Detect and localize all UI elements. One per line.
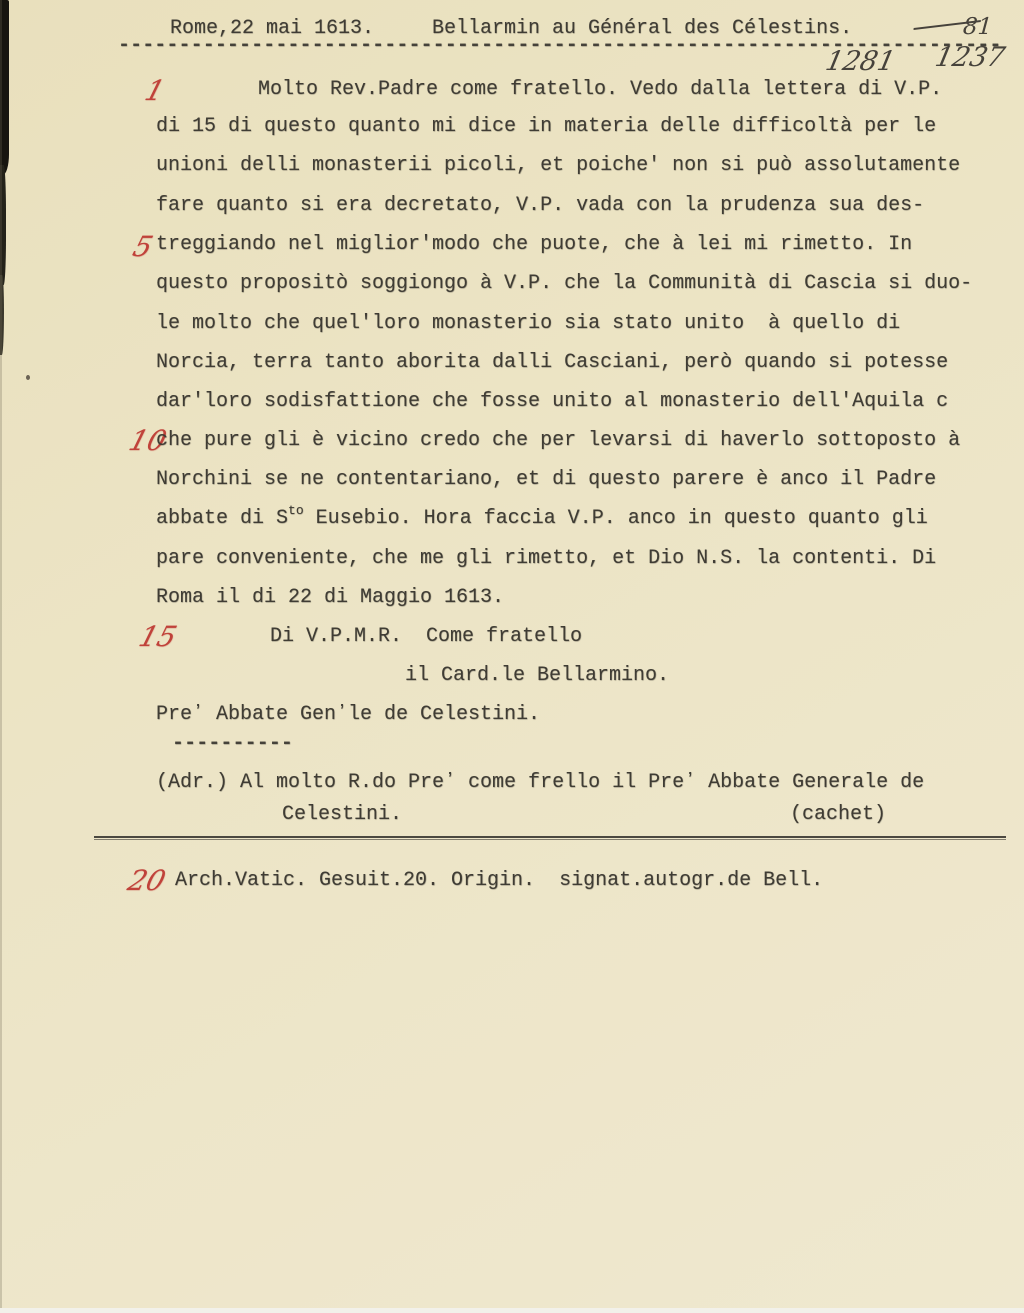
body-line-11: Norchini se ne contentariano, et di ques… [156, 467, 936, 493]
body-line-5: treggiando nel miglior'modo che puote, c… [156, 232, 912, 258]
address-line-1: (Adr.) Al molto R.do Preʼ come frello il… [156, 770, 924, 796]
scanned-letter-page: Rome,22 mai 1613. Bellarmin au Général d… [0, 0, 1024, 1313]
superscript-to: to [288, 503, 304, 518]
body-line-8: Norcia, terra tanto aborita dalli Cascia… [156, 350, 948, 376]
margin-line-number-15: 15 [135, 620, 180, 653]
margin-line-number-20: 20 [124, 864, 169, 897]
body-line-12-post: Eusebio. Hora faccia V.P. anco in questo… [304, 507, 928, 530]
body-line-9: dar'loro sodisfattione che fosse unito a… [156, 389, 948, 415]
body-line-6: questo propositò soggiongo à V.P. che la… [156, 271, 972, 297]
address-line-2: Celestini. [282, 802, 402, 828]
body-line-1: Molto Rev.Padre come fratello. Vedo dall… [258, 77, 942, 103]
body-line-7: le molto che quel'loro monasterio sia st… [156, 311, 900, 337]
short-divider-dashes: ---------- [172, 731, 293, 757]
margin-line-number-5: 5 [129, 230, 156, 263]
body-line-14: Roma il di 22 di Maggio 1613. [156, 585, 504, 611]
handwritten-folio-number: 1281 [823, 46, 898, 77]
horizontal-rule [94, 836, 1006, 840]
scanner-bottom-strip [0, 1308, 1024, 1313]
page-left-edge [0, 0, 2, 1313]
body-line-10: che pure gli è vicino credo che per leva… [156, 428, 960, 454]
body-line-3: unioni delli monasterii picoli, et poich… [156, 153, 960, 179]
margin-line-number-1: 1 [141, 74, 168, 107]
body-line-12: abbate di Sto Eusebio. Hora faccia V.P. … [156, 506, 928, 533]
archive-reference: Arch.Vatic. Gesuit.20. Origin. signat.au… [175, 868, 823, 894]
body-line-16-signature: il Card.le Bellarmino. [405, 663, 669, 689]
body-line-15-valediction: Di V.P.M.R. Come fratello [270, 624, 582, 650]
body-line-4: fare quanto si era decretato, V.P. vada … [156, 193, 924, 219]
paper-speck [26, 375, 30, 380]
body-line-12-pre: abbate di S [156, 507, 288, 530]
body-line-17-addressee: Preʼ Abbate Genʼle de Celestini. [156, 702, 540, 728]
body-line-13: pare conveniente, che me gli rimetto, et… [156, 546, 936, 572]
body-line-2: di 15 di questo quanto mi dice in materi… [156, 114, 936, 140]
cachet-note: (cachet) [790, 802, 886, 828]
